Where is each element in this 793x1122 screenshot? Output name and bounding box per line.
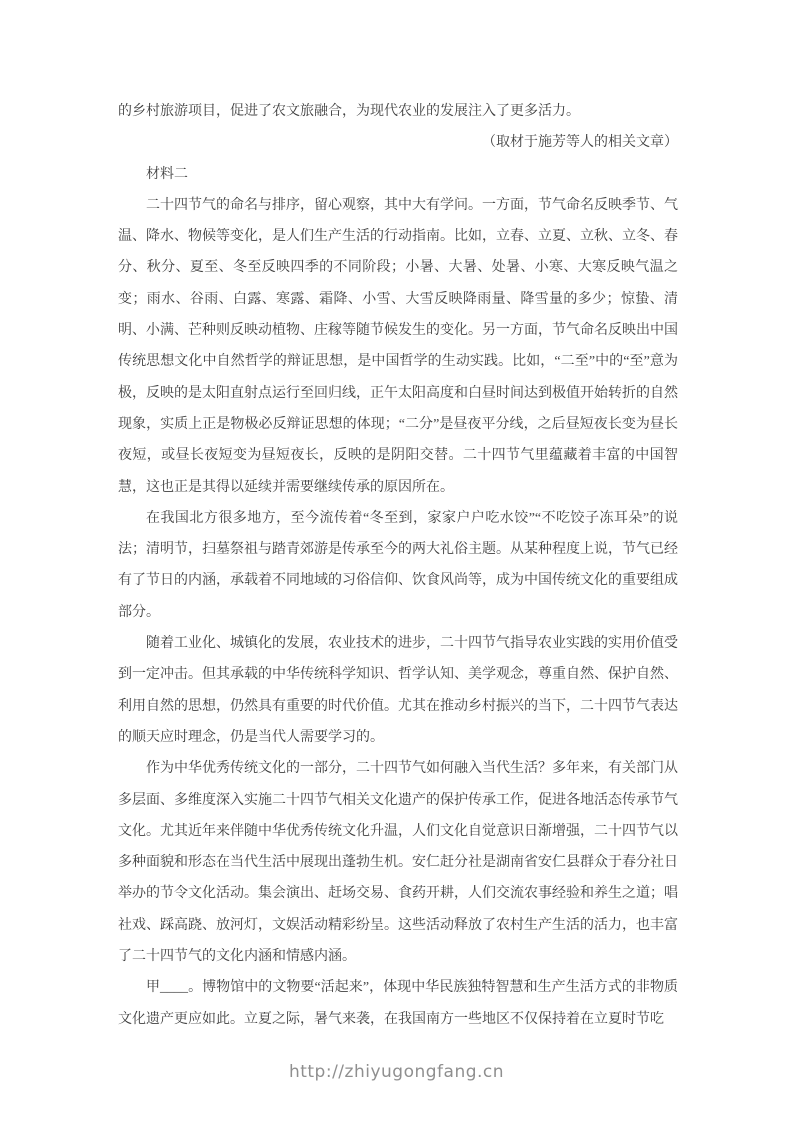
paragraph-modern-value: 随着工业化、城镇化的发展，农业技术的进步，二十四节气指导农业实践的实用价值受到一… bbox=[118, 628, 678, 753]
footer-url: http://zhiyugongfang.cn bbox=[0, 1062, 793, 1082]
paragraph-folk-customs: 在我国北方很多地方，至今流传着“冬至到，家家户户吃水饺”“不吃饺子冻耳朵”的说法… bbox=[118, 503, 678, 628]
continuation-paragraph: 的乡村旅游项目，促进了农文旅融合，为现代农业的发展注入了更多活力。 bbox=[118, 96, 678, 127]
attribution-line: （取材于施芳等人的相关文章） bbox=[118, 127, 678, 158]
paragraph-contemporary-life: 作为中华优秀传统文化的一部分，二十四节气如何融入当代生活？多年来，有关部门从多层… bbox=[118, 753, 678, 972]
paragraph-naming-and-order: 二十四节气的命名与排序，留心观察，其中大有学问。一方面，节气命名反映季节、气温、… bbox=[118, 190, 678, 503]
paragraph-jia-blank: 甲____。博物馆中的文物要“活起来”，体现中华民族独特智慧和生产生活方式的非物… bbox=[118, 972, 678, 1035]
section-heading-material-2: 材料二 bbox=[118, 159, 678, 190]
document-page: 的乡村旅游项目，促进了农文旅融合，为现代农业的发展注入了更多活力。 （取材于施芳… bbox=[0, 0, 793, 1122]
text-block: 的乡村旅游项目，促进了农文旅融合，为现代农业的发展注入了更多活力。 （取材于施芳… bbox=[118, 96, 678, 1035]
